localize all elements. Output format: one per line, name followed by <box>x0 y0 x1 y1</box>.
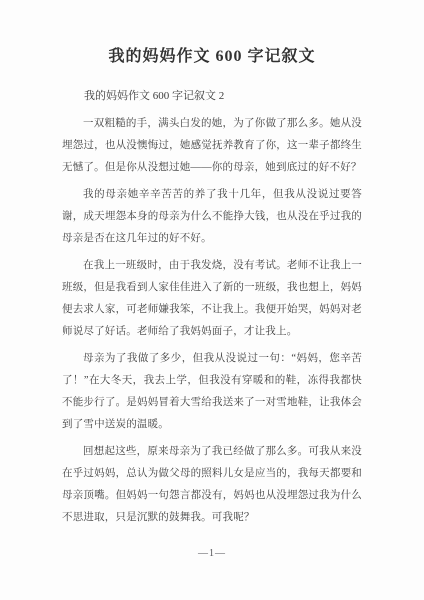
paragraph-4: 母亲为了我做了多少，但我从没说过一句：“妈妈，您辛苦了！”在大冬天，我去上学，但… <box>62 348 362 436</box>
document-title: 我的妈妈作文 600 字记叙文 <box>62 46 362 68</box>
document-subtitle: 我的妈妈作文 600 字记叙文 2 <box>62 85 362 107</box>
document-page: 我的妈妈作文 600 字记叙文 我的妈妈作文 600 字记叙文 2 一双粗糙的手… <box>0 0 424 600</box>
paragraph-3: 在我上一班级时，由于我发烧，没有考试。老师不让我上一班级，但是我看到人家佳佳进入… <box>62 255 362 343</box>
paragraph-1: 一双粗糙的手，满头白发的她，为了你做了那么多。她从没埋怨过，也从没懊悔过，她感觉… <box>62 113 362 179</box>
page-number: —1— <box>0 548 424 559</box>
paragraph-5: 回想起这些，原来母亲为了我已经做了那么多。可我从来没在乎过妈妈，总认为做父母的照… <box>62 441 362 529</box>
paragraph-2: 我的母亲她辛辛苦苦的养了我十几年，但我从没说过要答谢，成天埋怨本身的母亲为什么不… <box>62 184 362 250</box>
